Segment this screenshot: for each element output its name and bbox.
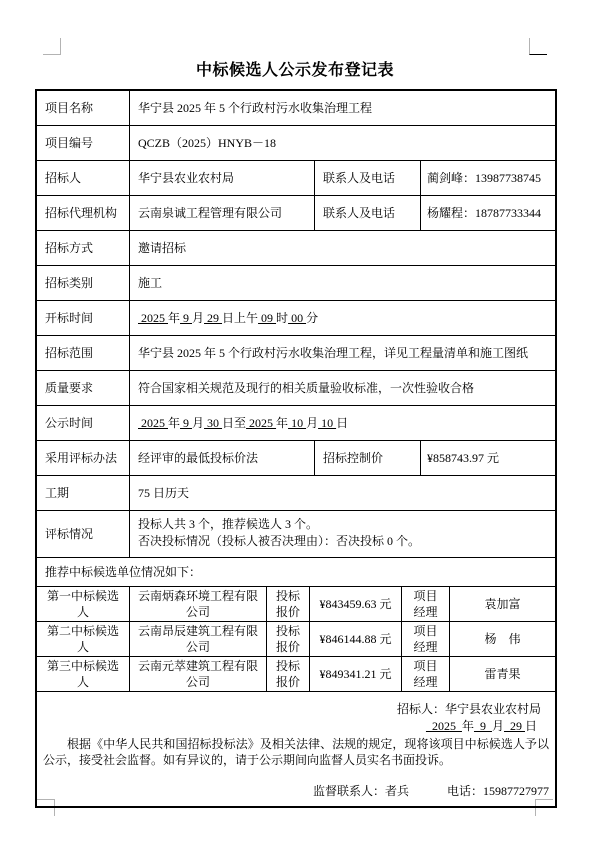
row-tenderer: 招标人 华宁县农业农村局 联系人及电话 蔺剑峰：13987738745 xyxy=(37,161,555,196)
candidate-row-2: 第二中标候选人 云南昂辰建筑工程有限公司 投标报价 ¥846144.88 元 项… xyxy=(37,622,555,657)
candidate3-manager-label: 项目经理 xyxy=(402,657,450,691)
candidate3-rank: 第三中标候选人 xyxy=(37,657,130,691)
publicity-end-day-unit: 日 xyxy=(336,415,348,431)
footer-date-month-unit: 月 xyxy=(492,719,504,733)
footer-date-year-unit: 年 xyxy=(462,719,474,733)
row-candidates-header: 推荐中标候选单位情况如下： xyxy=(37,558,555,587)
row-project-name: 项目名称 华宁县 2025 年 5 个行政村污水收集治理工程 xyxy=(37,91,555,126)
candidate2-bid-price: ¥846144.88 元 xyxy=(310,622,402,656)
bid-opening-minute: 00 xyxy=(288,310,306,326)
candidate1-rank: 第一中标候选人 xyxy=(37,587,130,621)
candidate2-manager-name: 杨 伟 xyxy=(450,622,555,656)
evaluation-value: 投标人共 3 个，推荐候选人 3 个。 否决投标情况（投标人被否决理由）：否决投… xyxy=(130,511,555,557)
bid-opening-month: 9 xyxy=(180,310,192,326)
bid-opening-minute-unit: 分 xyxy=(306,310,318,326)
evaluation-line2: 否决投标情况（投标人被否决理由）：否决投标 0 个。 xyxy=(138,533,547,550)
footer-date-month: 9 xyxy=(474,719,492,733)
footer-row: 招标人：华宁县农业农村局 2025 年 9 月 29 日 根据《中华人民共和国招… xyxy=(37,692,555,806)
candidate1-manager-name: 袁加富 xyxy=(450,587,555,621)
bid-opening-year: 2025 xyxy=(138,310,168,326)
control-price-value: ¥858743.97 元 xyxy=(421,441,555,475)
row-duration: 工期 75 日历天 xyxy=(37,476,555,511)
row-method: 招标方式 邀请招标 xyxy=(37,231,555,266)
publicity-end-month-unit: 月 xyxy=(306,415,318,431)
project-number-value: QCZB（2025）HNYB－18 xyxy=(130,126,555,160)
quality-label: 质量要求 xyxy=(37,371,130,405)
row-project-number: 项目编号 QCZB（2025）HNYB－18 xyxy=(37,126,555,161)
project-name-value: 华宁县 2025 年 5 个行政村污水收集治理工程 xyxy=(130,91,555,125)
agency-contact-label: 联系人及电话 xyxy=(315,196,421,230)
footer-date: 2025 年 9 月 29 日 xyxy=(37,718,555,735)
margin-crop-mark-top-left xyxy=(43,38,61,55)
tenderer-label: 招标人 xyxy=(37,161,130,195)
footer-date-year: 2025 xyxy=(426,719,462,733)
footer-supervisor-line: 监督联系人：者兵电话：15987727977 xyxy=(37,783,555,800)
publicity-end-year-unit: 年 xyxy=(276,415,288,431)
duration-value: 75 日历天 xyxy=(130,476,555,510)
row-agency: 招标代理机构 云南泉诚工程管理有限公司 联系人及电话 杨耀程：187877333… xyxy=(37,196,555,231)
candidate3-company: 云南元萃建筑工程有限公司 xyxy=(130,657,267,691)
bid-opening-day-unit: 日上午 xyxy=(222,310,258,326)
eval-method-label: 采用评标办法 xyxy=(37,441,130,475)
publicity-start-month-unit: 月 xyxy=(192,415,204,431)
footer-cell: 招标人：华宁县农业农村局 2025 年 9 月 29 日 根据《中华人民共和国招… xyxy=(37,692,555,806)
publicity-start-year: 2025 xyxy=(138,415,168,431)
publicity-start-year-unit: 年 xyxy=(168,415,180,431)
bid-opening-label: 开标时间 xyxy=(37,301,130,335)
row-publicity-time: 公示时间 2025 年 9 月 30 日至 2025 年 10 月 10 日 xyxy=(37,406,555,441)
candidate-row-3: 第三中标候选人 云南元萃建筑工程有限公司 投标报价 ¥849341.21 元 项… xyxy=(37,657,555,692)
row-bid-opening: 开标时间 2025 年 9 月 29 日上午 09 时 00 分 xyxy=(37,301,555,336)
publicity-time-value: 2025 年 9 月 30 日至 2025 年 10 月 10 日 xyxy=(130,406,555,440)
publicity-time-label: 公示时间 xyxy=(37,406,130,440)
candidate-row-1: 第一中标候选人 云南炳森环境工程有限公司 投标报价 ¥843459.63 元 项… xyxy=(37,587,555,622)
row-scope: 招标范围 华宁县 2025 年 5 个行政村污水收集治理工程，详见工程量清单和施… xyxy=(37,336,555,371)
tenderer-value: 华宁县农业农村局 xyxy=(130,161,315,195)
candidate2-manager-label: 项目经理 xyxy=(402,622,450,656)
candidate3-bid-price: ¥849341.21 元 xyxy=(310,657,402,691)
publicity-start-month: 9 xyxy=(180,415,192,431)
candidate2-rank: 第二中标候选人 xyxy=(37,622,130,656)
control-price-label: 招标控制价 xyxy=(315,441,421,475)
candidate2-company: 云南昂辰建筑工程有限公司 xyxy=(130,622,267,656)
row-category: 招标类别 施工 xyxy=(37,266,555,301)
evaluation-label: 评标情况 xyxy=(37,511,130,557)
supervisor-phone: 电话：15987727977 xyxy=(447,784,549,798)
footer-tenderer-signature: 招标人：华宁县农业农村局 xyxy=(37,701,555,718)
project-name-label: 项目名称 xyxy=(37,91,130,125)
bid-opening-hour: 09 xyxy=(258,310,276,326)
duration-label: 工期 xyxy=(37,476,130,510)
evaluation-line1: 投标人共 3 个，推荐候选人 3 个。 xyxy=(138,516,547,533)
supervisor-contact: 监督联系人：者兵 xyxy=(313,784,409,798)
agency-contact-value: 杨耀程：18787733344 xyxy=(421,196,555,230)
quality-value: 符合国家相关规范及现行的相关质量验收标准，一次性验收合格 xyxy=(130,371,555,405)
eval-method-value: 经评审的最低投标价法 xyxy=(130,441,315,475)
candidate1-bid-price: ¥843459.63 元 xyxy=(310,587,402,621)
scope-label: 招标范围 xyxy=(37,336,130,370)
agency-value: 云南泉诚工程管理有限公司 xyxy=(130,196,315,230)
row-evaluation: 评标情况 投标人共 3 个，推荐候选人 3 个。 否决投标情况（投标人被否决理由… xyxy=(37,511,555,558)
row-eval-method: 采用评标办法 经评审的最低投标价法 招标控制价 ¥858743.97 元 xyxy=(37,441,555,476)
candidate3-bid-label: 投标报价 xyxy=(267,657,310,691)
project-number-label: 项目编号 xyxy=(37,126,130,160)
tenderer-contact-value: 蔺剑峰：13987738745 xyxy=(421,161,555,195)
scope-value: 华宁县 2025 年 5 个行政村污水收集治理工程，详见工程量清单和施工图纸 xyxy=(130,336,555,370)
bid-opening-hour-unit: 时 xyxy=(276,310,288,326)
tenderer-contact-label: 联系人及电话 xyxy=(315,161,421,195)
bid-opening-year-unit: 年 xyxy=(168,310,180,326)
agency-label: 招标代理机构 xyxy=(37,196,130,230)
registration-table: 项目名称 华宁县 2025 年 5 个行政村污水收集治理工程 项目编号 QCZB… xyxy=(35,89,557,808)
margin-crop-mark-top-right xyxy=(529,38,547,55)
bid-opening-day: 29 xyxy=(204,310,222,326)
publicity-to-label: 日至 xyxy=(222,415,246,431)
candidate1-manager-label: 项目经理 xyxy=(402,587,450,621)
category-value: 施工 xyxy=(130,266,555,300)
candidate1-company: 云南炳森环境工程有限公司 xyxy=(130,587,267,621)
candidates-header: 推荐中标候选单位情况如下： xyxy=(37,558,555,586)
candidate2-bid-label: 投标报价 xyxy=(267,622,310,656)
candidate1-bid-label: 投标报价 xyxy=(267,587,310,621)
category-label: 招标类别 xyxy=(37,266,130,300)
publicity-end-day: 10 xyxy=(318,415,336,431)
publicity-end-year: 2025 xyxy=(246,415,276,431)
footer-date-day: 29 xyxy=(504,719,525,733)
page-title: 中标候选人公示发布登记表 xyxy=(0,57,590,80)
publicity-start-day: 30 xyxy=(204,415,222,431)
candidate3-manager-name: 雷青果 xyxy=(450,657,555,691)
publicity-end-month: 10 xyxy=(288,415,306,431)
bid-opening-month-unit: 月 xyxy=(192,310,204,326)
footer-legal-paragraph: 根据《中华人民共和国招标投标法》及相关法律、法规的规定，现将该项目中标候选人予以… xyxy=(43,736,549,768)
bid-opening-value: 2025 年 9 月 29 日上午 09 时 00 分 xyxy=(130,301,555,335)
document-page: 中标候选人公示发布登记表 项目名称 华宁县 2025 年 5 个行政村污水收集治… xyxy=(0,0,590,849)
method-label: 招标方式 xyxy=(37,231,130,265)
method-value: 邀请招标 xyxy=(130,231,555,265)
footer-date-day-unit: 日 xyxy=(525,719,537,733)
row-quality: 质量要求 符合国家相关规范及现行的相关质量验收标准，一次性验收合格 xyxy=(37,371,555,406)
